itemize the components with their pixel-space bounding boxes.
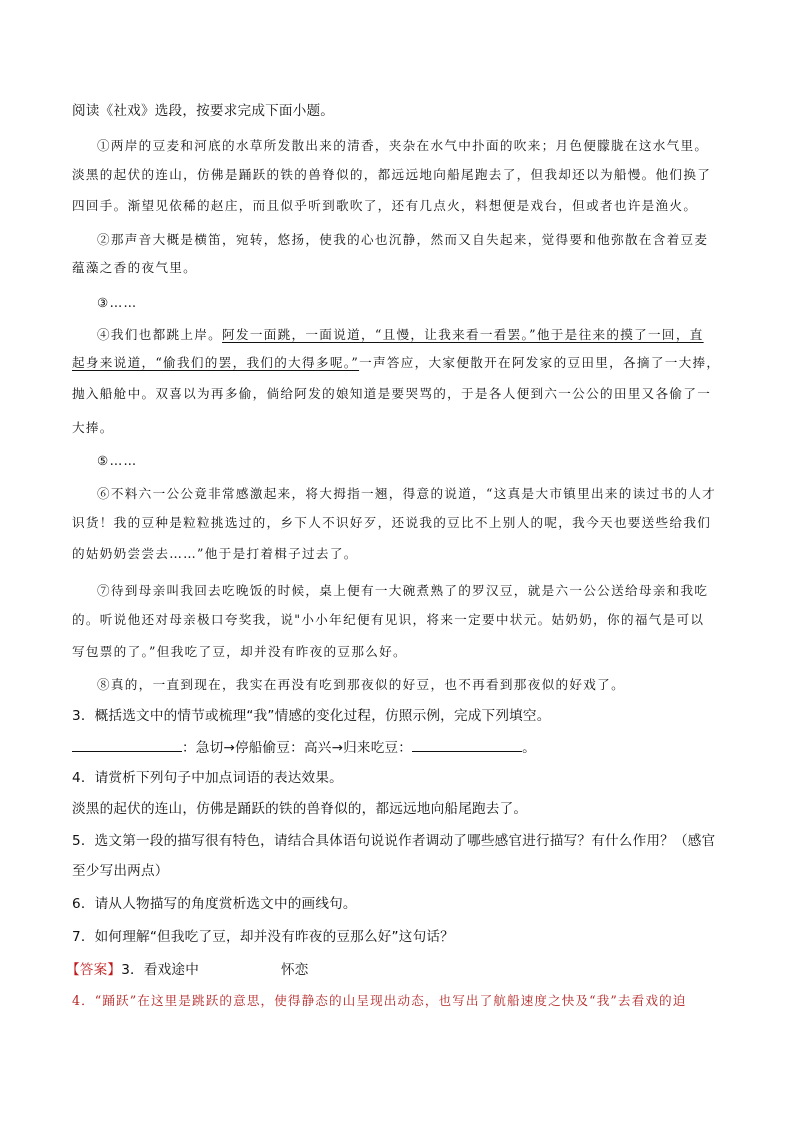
- passage-p7-line2: 的。听说他还对母亲极口夸奖我，说"小小年纪便有见识，将来一定要中状元。姑奶奶，你…: [72, 611, 732, 629]
- question-5-line1: 5．选文第一段的描写很有特色，请结合具体语句说说作者调动了哪些感官进行描写？有什…: [72, 832, 732, 850]
- fill-blank-2[interactable]: [412, 737, 522, 752]
- passage-p4-line3: 抛入船舱中。双喜以为再多偷，倘给阿发的娘知道是要哭骂的，于是各人便到六一公公的田…: [72, 385, 732, 403]
- fill-middle-text: ：急切→停船偷豆：高兴→归来吃豆：: [182, 740, 412, 756]
- passage-p1-line3: 四回手。渐望见依稀的赵庄，而且似乎听到歌吹了，还有几点火，料想便是戏台，但或者也…: [72, 197, 732, 215]
- passage-p1-line2: 淡黑的起伏的连山，仿佛是踊跃的铁的兽脊似的，都远远地向船尾跑去了，但我却还以为船…: [72, 166, 732, 184]
- passage-p5: ⑤……: [97, 452, 757, 470]
- answer-line-3: 【答案】3．看戏途中怀恋: [66, 961, 726, 979]
- passage-p6-line3: 的姑奶奶尝尝去……”他于是打着楫子过去了。: [72, 545, 732, 563]
- passage-p7-line1: ⑦待到母亲叫我回去吃晚饭的时候，桌上便有一大碗煮熟了的罗汉豆，就是六一公公送给母…: [97, 582, 757, 600]
- passage-p3: ③……: [97, 294, 757, 312]
- underlined-sentence-part2: 起身来说道，“偷我们的罢，我们的大得多呢。”: [72, 355, 359, 370]
- passage-p1-line1: ①两岸的豆麦和河底的水草所发散出来的清香，夹杂在水气中扑面的吹来；月色便朦胧在这…: [97, 137, 757, 155]
- answer-4: 4．“踊跃”在这里是跳跃的意思，使得静态的山呈现出动态，也写出了航船速度之快及“…: [72, 992, 732, 1010]
- passage-p6-line2: 识货！我的豆种是粒粒挑选过的，乡下人不识好歹，还说我的豆比不上别人的呢，我今天也…: [72, 514, 732, 532]
- passage-p7-line3: 写包票的了。”但我吃了豆，却并没有昨夜的豆那么好。: [72, 643, 732, 661]
- passage-p4-line2: 起身来说道，“偷我们的罢，我们的大得多呢。”一声答应，大家便散开在阿发家的豆田里…: [72, 354, 732, 372]
- question-7: 7．如何理解“但我吃了豆，却并没有昨夜的豆那么好”这句话？: [72, 928, 732, 946]
- question-5-line2: 至少写出两点）: [72, 862, 732, 880]
- p4-plain-start: ④我们也都跳上岸。: [97, 327, 222, 342]
- fill-blank-1[interactable]: [72, 737, 182, 752]
- question-4-sentence: 淡黑的起伏的连山，仿佛是踊跃的铁的兽脊似的，都远远地向船尾跑去了。: [72, 800, 732, 818]
- answer-label: 【答案】: [66, 962, 121, 978]
- passage-p6-line1: ⑥不料六一公公竟非常感激起来，将大拇指一翘，得意的说道，“这真是大市镇里出来的读…: [97, 485, 757, 503]
- p4-plain-rest: 一声答应，大家便散开在阿发家的豆田里，各摘了一大捧，: [359, 355, 720, 370]
- passage-p2-line1: ②那声音大概是横笛，宛转，悠扬，使我的心也沉静，然而又自失起来，觉得要和他弥散在…: [97, 231, 757, 249]
- passage-p2-line2: 蕴藻之香的夜气里。: [72, 259, 732, 277]
- answer-3-second: 怀恋: [281, 962, 309, 978]
- document-page: 阅读《社戏》选段，按要求完成下面小题。 ①两岸的豆麦和河底的水草所发散出来的清香…: [0, 0, 794, 1123]
- question-3: 3．概括选文中的情节或梳理“我”情感的变化过程，仿照示例，完成下列填空。: [72, 707, 732, 725]
- passage-p8: ⑧真的，一直到现在，我实在再没有吃到那夜似的好豆，也不再看到那夜似的好戏了。: [97, 676, 757, 694]
- passage-p4-line1: ④我们也都跳上岸。阿发一面跳，一面说道，“且慢，让我来看一看罢。”他于是往来的摸…: [97, 326, 757, 344]
- underlined-sentence-part1: 阿发一面跳，一面说道，“且慢，让我来看一看罢。”他于是往来的摸了一回，直: [222, 327, 704, 342]
- answer-3-first: 3．看戏途中: [121, 962, 199, 978]
- instruction-text: 阅读《社戏》选段，按要求完成下面小题。: [72, 102, 732, 120]
- question-6: 6．请从人物描写的角度赏析选文中的画线句。: [72, 895, 732, 913]
- question-3-fill: ：急切→停船偷豆：高兴→归来吃豆：。: [72, 737, 732, 757]
- fill-end-text: 。: [522, 740, 536, 756]
- passage-p4-line4: 大捧。: [72, 419, 732, 437]
- question-4: 4．请赏析下列句子中加点词语的表达效果。: [72, 769, 732, 787]
